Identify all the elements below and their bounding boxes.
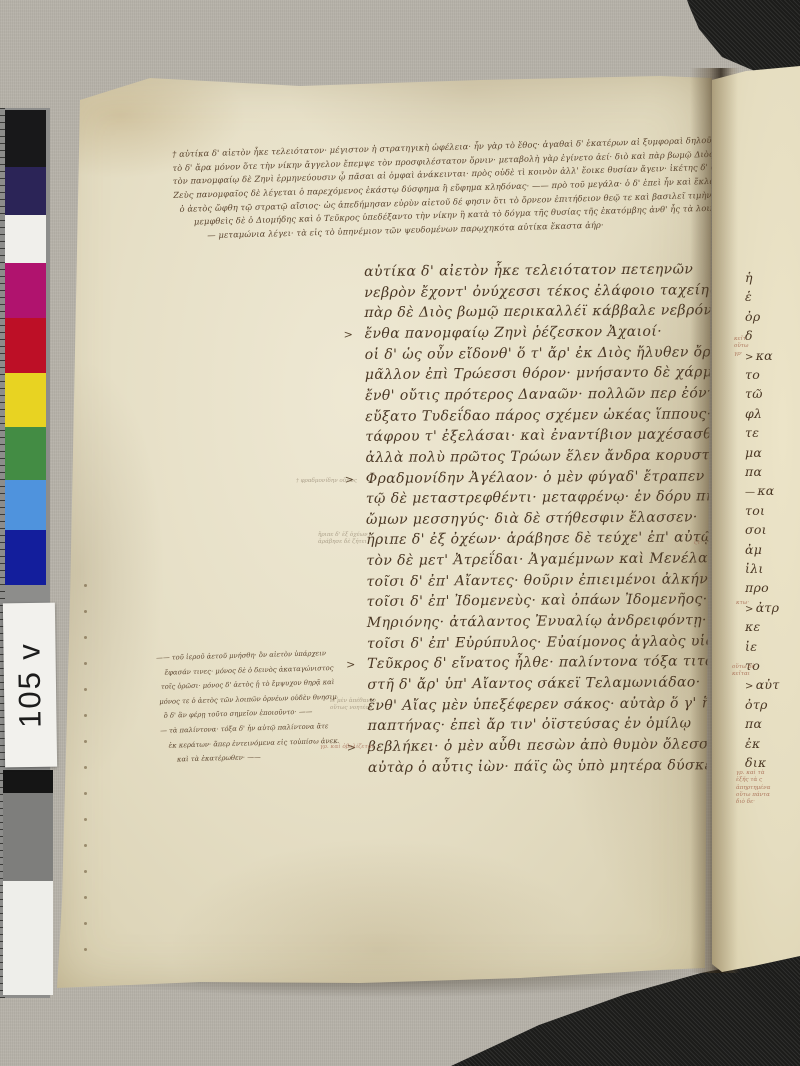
- facing-fragment-text: μα: [745, 445, 762, 460]
- color-patch-red: [5, 318, 46, 373]
- red-note-line: κεῖται: [732, 671, 755, 678]
- verse-line-2: νεβρὸν ἔχοντ' ὀνύχεσσι τέκος ἐλάφοιο ταχ…: [364, 282, 722, 305]
- facing-fragment-16: ἰλι: [745, 561, 764, 576]
- facing-margin-mark: —: [745, 487, 755, 498]
- red-note-line: οὕτω: [734, 343, 748, 350]
- facing-fragment-text: πα: [745, 716, 762, 731]
- verse-text: οἱ δ' ὡς οὖν εἴδονθ' ὅ τ' ἄρ' ἐκ Διὸς ἤλ…: [365, 344, 739, 363]
- facing-fragment-13: τοι: [745, 503, 765, 518]
- color-patch-yellow: [5, 373, 46, 427]
- pricking-hole: [84, 688, 87, 691]
- pricking-hole: [84, 766, 87, 769]
- facing-fragment-9: τε: [745, 425, 759, 440]
- pricking-hole: [84, 714, 87, 717]
- facing-fragment-text: κε: [745, 619, 761, 634]
- verse-text: ἔνθ' Αἴας μὲν ὑπεξέφερεν σάκος· αὐτὰρ ὅ …: [367, 695, 739, 714]
- pricking-hole: [84, 610, 87, 613]
- verse-line-10: ἀλλὰ πολὺ πρῶτος Τρώων ἕλεν ἄνδρα κορυστ…: [365, 447, 732, 470]
- verse-line-25: αὐτὰρ ὁ αὖτις ἰὼν· πάϊς ὣς ὑπὸ μητέρα δύ…: [368, 757, 722, 780]
- pricking-hole: [84, 844, 87, 847]
- verse-text: ὤμων μεσσηγύς· διὰ δὲ στήθεσφιν ἔλασσεν·: [366, 509, 698, 528]
- facing-fragment-8: φλ: [745, 406, 762, 421]
- diple-mark: >: [346, 658, 356, 671]
- facing-fragment-text: το: [745, 367, 760, 382]
- verse-text: ἔνθα πανομφαίῳ Ζηνὶ ῥέζεσκον Ἀχαιοί·: [364, 324, 662, 342]
- red-note-line: διὸ δε·: [736, 799, 770, 806]
- pricking-hole: [84, 896, 87, 899]
- verse-text: εὔξατο Τυδεΐδαο πάρος σχέμεν ὠκέας ἵππου…: [365, 406, 711, 425]
- verse-line-3: πὰρ δὲ Διὸς βωμῷ περικαλλέϊ κάββαλε νεβρ…: [364, 303, 717, 326]
- facing-fragment-6: το: [745, 367, 760, 382]
- facing-fragment-20: ἰε: [745, 639, 757, 654]
- facing-fragment-15: ἀμ: [745, 542, 762, 557]
- verse-text: τὸν δὲ μετ' Ἀτρεΐδαι· Ἀγαμέμνων καὶ Μενέ…: [366, 550, 730, 569]
- verse-text: μᾶλλον ἐπὶ Τρώεσσι θόρον· μνήσαντο δὲ χά…: [365, 364, 734, 383]
- facing-fragment-10: μα: [745, 445, 762, 460]
- gloss-1: † φραδμονίδην οὕτως: [296, 478, 357, 485]
- facing-fragment-24: πα: [745, 716, 762, 731]
- facing-fragment-text: κα: [757, 483, 774, 498]
- color-patch-light-blue: [5, 480, 46, 530]
- verse-line-8: εὔξατο Τυδεΐδαο πάρος σχέμεν ὠκέας ἵππου…: [365, 406, 712, 429]
- red-note-line: ἑξῆς τὰ ς: [736, 777, 770, 784]
- facing-fragment-11: πα: [745, 464, 762, 479]
- facing-fragment-text: τοι: [745, 503, 765, 518]
- gray-patch-black: [3, 770, 53, 793]
- verse-text: τοῖσι δ' ἐπ' Εὐρύπυλος· Εὐαίμονος ἀγλαὸς…: [367, 633, 728, 652]
- verse-text: πὰρ δὲ Διὸς βωμῷ περικαλλέϊ κάββαλε νεβρ…: [364, 303, 717, 322]
- facing-fragment-19: κε: [745, 619, 761, 634]
- pricking-hole: [84, 818, 87, 821]
- color-patch-black: [5, 110, 46, 167]
- color-patch-white: [5, 215, 46, 263]
- facing-red-note-4: γρ. καὶ τὰἑξῆς τὰ ςἀπηρτημέναοὕτω πάνταδ…: [736, 770, 770, 806]
- red-note-line: οὕτω δὲ: [732, 664, 755, 671]
- verse-line-7: ἔνθ' οὔτις πρότερος Δαναῶν· πολλῶν περ ἐ…: [365, 385, 741, 408]
- pricking-hole: [84, 792, 87, 795]
- gray-patch-gray: [3, 793, 53, 881]
- facing-fragment-text: κα: [756, 348, 773, 363]
- facing-fragment-18: >ἀτρ: [745, 600, 779, 615]
- diple-mark: >: [344, 328, 354, 341]
- facing-fragment-text: τῶ: [745, 386, 763, 401]
- verse-line-16: τοῖσι δ' ἐπ' Αἴαντες· θοῦριν ἐπιειμένοι …: [366, 571, 713, 594]
- facing-fragment-text: προ: [745, 580, 769, 595]
- facing-red-note-1: κεῖτοὕτωγρ·: [734, 336, 748, 358]
- verse-line-9: τάφρου τ' ἐξελάσαι· καὶ ἐναντίβιον μαχέσ…: [365, 426, 732, 449]
- facing-fragment-7: τῶ: [745, 386, 763, 401]
- facing-fragment-5: >κα: [745, 348, 773, 363]
- verse-line-22: ἔνθ' Αἴας μὲν ὑπεξέφερεν σάκος· αὐτὰρ ὅ …: [367, 695, 739, 718]
- verse-line-24: >βεβλήκει· ὁ μὲν αὖθι πεσὼν ἀπὸ θυμὸν ὄλ…: [368, 736, 731, 759]
- pricking-hole: [84, 636, 87, 639]
- color-patch-dark-blue: [5, 530, 46, 585]
- facing-fragment-text: ἐκ: [745, 736, 761, 751]
- folio-number-text: 105 v: [11, 642, 48, 728]
- pricking-hole: [84, 584, 87, 587]
- gloss-4: γρ. καὶ ὀβελίζεται: [320, 744, 374, 751]
- gloss-line: γρ. καὶ ὀβελίζεται: [320, 744, 374, 751]
- facing-fragment-text: ἀμ: [745, 542, 762, 557]
- verse-text: τοῖσι δ' ἐπ' Ἰδομενεὺς· καὶ ὀπάων Ἰδομεν…: [367, 592, 708, 611]
- verse-line-1: αὐτίκα δ' αἰετὸν ἧκε τελειότατον πετεηνῶ…: [364, 261, 693, 284]
- gloss-3: εἰ μὲν ἀπέθανενοὕτως νοητέον: [330, 698, 376, 712]
- gloss-line: ἤριπε δ' ἐξ ὀχέων: [318, 532, 368, 539]
- verse-line-14: ἤριπε δ' ἐξ ὀχέων· ἀράβησε δὲ τεύχε' ἐπ'…: [366, 530, 718, 553]
- verse-text: αὐτὰρ ὁ αὖτις ἰὼν· πάϊς ὣς ὑπὸ μητέρα δύ…: [368, 757, 722, 776]
- manuscript-photo: 105 v † αὐτίκα δ' αἰετὸν ἧκε τελειότατον…: [0, 0, 800, 1066]
- pricking-hole: [84, 870, 87, 873]
- manuscript-verso-page: † αὐτίκα δ' αἰετὸν ἧκε τελειότατον· μέγι…: [50, 70, 712, 995]
- verse-text: ἔνθ' οὔτις πρότερος Δαναῶν· πολλῶν περ ἐ…: [365, 385, 741, 404]
- facing-fragment-17: προ: [745, 580, 769, 595]
- folio-number-label: 105 v: [3, 603, 57, 768]
- facing-fragment-text: πα: [745, 464, 762, 479]
- verse-line-21: στῆ δ' ἄρ' ὑπ' Αἴαντος σάκεϊ Τελαμωνιάδα…: [367, 674, 700, 697]
- verse-line-4: >ἔνθα πανομφαίῳ Ζηνὶ ῥέζεσκον Ἀχαιοί·: [364, 324, 662, 346]
- facing-fragment-1: ἡ: [745, 270, 753, 285]
- facing-fragment-text: ὀρ: [745, 309, 760, 324]
- verse-line-6: μᾶλλον ἐπὶ Τρώεσσι θόρον· μνήσαντο δὲ χά…: [365, 364, 734, 387]
- facing-page-edge: ἡἑὀρδ>κατοτῶφλτεμαπα—κατοισοιἀμἰλιπρο>ἀτ…: [712, 66, 800, 972]
- top-margin-scholia: † αὐτίκα δ' αἰετὸν ἧκε τελειότατον· μέγι…: [172, 135, 722, 245]
- verse-line-19: τοῖσι δ' ἐπ' Εὐρύπυλος· Εὐαίμονος ἀγλαὸς…: [367, 633, 728, 656]
- facing-margin-mark: >: [745, 681, 754, 692]
- verse-text: τάφρου τ' ἐξελάσαι· καὶ ἐναντίβιον μαχέσ…: [365, 426, 732, 445]
- facing-fragment-text: τε: [745, 425, 759, 440]
- gloss-line: ἀράβησε δὲ ζήτει: [318, 539, 368, 546]
- pricking-hole: [84, 948, 87, 951]
- verse-line-18: Μηριόνης· ἀτάλαντος Ἐνυαλίῳ ἀνδρειφόντῃ·: [367, 612, 707, 635]
- facing-fragment-text: ἰλι: [745, 561, 764, 576]
- verse-text: ἀλλὰ πολὺ πρῶτος Τρώων ἕλεν ἄνδρα κορυστ…: [365, 447, 732, 466]
- facing-fragment-text: δικ: [745, 755, 767, 770]
- verse-line-15: τὸν δὲ μετ' Ἀτρεΐδαι· Ἀγαμέμνων καὶ Μενέ…: [366, 550, 730, 573]
- verse-text: παπτήνας· ἐπεὶ ἄρ τιν' ὀϊστεύσας ἐν ὁμίλ…: [368, 716, 692, 735]
- red-note-line: οὕτω πάντα: [736, 792, 770, 799]
- facing-fragment-text: ὀτρ: [745, 697, 768, 712]
- facing-fragment-3: ὀρ: [745, 309, 760, 324]
- verse-text: ἤριπε δ' ἐξ ὀχέων· ἀράβησε δὲ τεύχε' ἐπ'…: [366, 530, 718, 549]
- color-patch-dark-navy: [5, 167, 46, 215]
- left-margin-scholia: —— τοῦ ἱεροῦ ἀετοῦ μνήσθη· ὃν αἰετὸν ὑπά…: [156, 649, 339, 771]
- gloss-2: ἤριπε δ' ἐξ ὀχέωνἀράβησε δὲ ζήτει: [318, 532, 368, 546]
- facing-fragment-text: ἀτρ: [756, 600, 780, 615]
- gray-patch-white: [3, 881, 53, 995]
- color-patch-green: [5, 427, 46, 480]
- facing-fragment-text: ἑ: [745, 289, 752, 304]
- verse-text: νεβρὸν ἔχοντ' ὀνύχεσσι τέκος ἐλάφοιο ταχ…: [364, 282, 722, 301]
- facing-fragment-25: ἐκ: [745, 736, 761, 751]
- verse-line-13: ὤμων μεσσηγύς· διὰ δὲ στήθεσφιν ἔλασσεν·: [366, 509, 698, 532]
- facing-fragment-26: δικ: [745, 755, 767, 770]
- red-note-line: ἀπηρτημένα: [736, 785, 770, 792]
- verse-text: βεβλήκει· ὁ μὲν αὖθι πεσὼν ἀπὸ θυμὸν ὄλε…: [368, 736, 731, 755]
- verse-text: τοῖσι δ' ἐπ' Αἴαντες· θοῦριν ἐπιειμένοι …: [366, 571, 713, 590]
- pricking-hole: [84, 740, 87, 743]
- facing-fragment-2: ἑ: [745, 289, 752, 304]
- verse-line-23: παπτήνας· ἐπεὶ ἄρ τιν' ὀϊστεύσας ἐν ὁμίλ…: [368, 716, 692, 739]
- facing-fragment-text: ἰε: [745, 639, 757, 654]
- red-note-line: γρ·: [734, 351, 748, 358]
- facing-fragment-23: ὀτρ: [745, 697, 768, 712]
- verse-text: τῷ δὲ μεταστρεφθέντι· μεταφρένῳ· ἐν δόρυ…: [366, 488, 745, 507]
- gloss-line: οὕτως νοητέον: [330, 705, 376, 712]
- facing-red-note-3: οὕτω δὲκεῖται: [732, 664, 755, 679]
- facing-red-note-2: κτω·: [736, 600, 749, 607]
- red-note-line: κτω·: [736, 600, 749, 607]
- facing-fragment-text: αὐτ: [756, 677, 780, 692]
- facing-fragment-12: —κα: [745, 483, 775, 498]
- gloss-line: εἰ μὲν ἀπέθανεν: [330, 698, 376, 705]
- verse-text: αὐτίκα δ' αἰετὸν ἧκε τελειότατον πετεηνῶ…: [364, 261, 693, 280]
- verse-text: Μηριόνης· ἀτάλαντος Ἐνυαλίῳ ἀνδρειφόντῃ·: [367, 612, 707, 631]
- pricking-hole: [84, 662, 87, 665]
- verse-line-5: οἱ δ' ὡς οὖν εἴδονθ' ὅ τ' ἄρ' ἐκ Διὸς ἤλ…: [365, 344, 739, 367]
- facing-fragment-14: σοι: [745, 522, 767, 537]
- facing-fragment-22: >αὐτ: [745, 677, 780, 692]
- pricking-hole: [84, 922, 87, 925]
- facing-fragment-text: σοι: [745, 522, 767, 537]
- verse-text: στῆ δ' ἄρ' ὑπ' Αἴαντος σάκεϊ Τελαμωνιάδα…: [367, 674, 700, 693]
- facing-fragment-text: φλ: [745, 406, 762, 421]
- facing-fragment-text: ἡ: [745, 270, 753, 285]
- verse-line-17: τοῖσι δ' ἐπ' Ἰδομενεὺς· καὶ ὀπάων Ἰδομεν…: [367, 592, 708, 615]
- gloss-line: † φραδμονίδην οὕτως: [296, 478, 357, 485]
- verse-line-12: τῷ δὲ μεταστρεφθέντι· μεταφρένῳ· ἐν δόρυ…: [366, 488, 745, 511]
- color-patch-magenta: [5, 263, 46, 318]
